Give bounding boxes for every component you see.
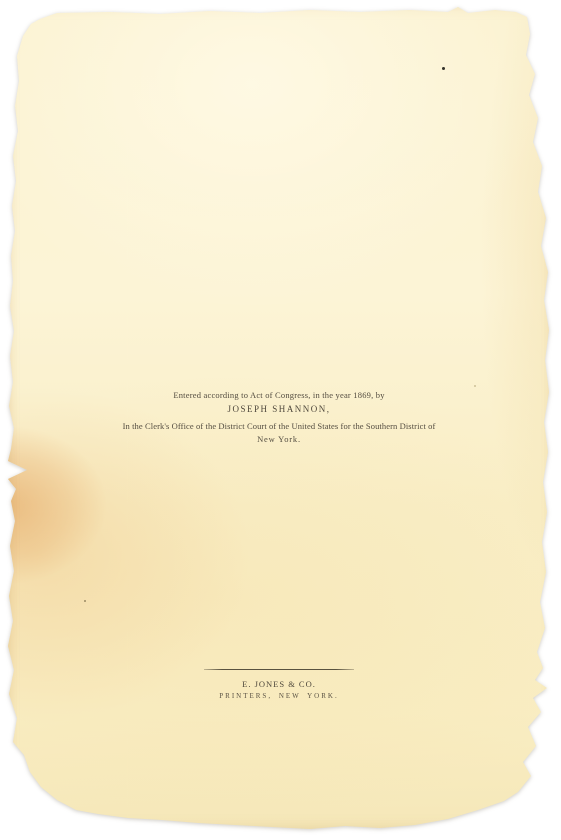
copyright-holder-name: JOSEPH SHANNON, [38,404,520,415]
paper-sheet: Entered according to Act of Congress, in… [0,0,561,840]
copyright-notice: Entered according to Act of Congress, in… [38,390,520,444]
copyright-clerk-office-line: In the Clerk's Office of the District Co… [38,421,520,431]
book-page: Entered according to Act of Congress, in… [0,0,561,840]
printer-name: E. JONES & CO. [38,679,520,689]
printer-imprint: E. JONES & CO. PRINTERS, NEW YORK. [38,669,520,700]
scan-background: Entered according to Act of Congress, in… [0,0,561,840]
divider-rule [204,669,354,670]
ink-speck [442,67,445,70]
copyright-entry-line: Entered according to Act of Congress, in… [38,390,520,400]
paper-speck [474,385,476,387]
paper-speck [84,600,86,602]
copyright-location-line: New York. [38,434,520,444]
printer-location: PRINTERS, NEW YORK. [38,692,520,700]
